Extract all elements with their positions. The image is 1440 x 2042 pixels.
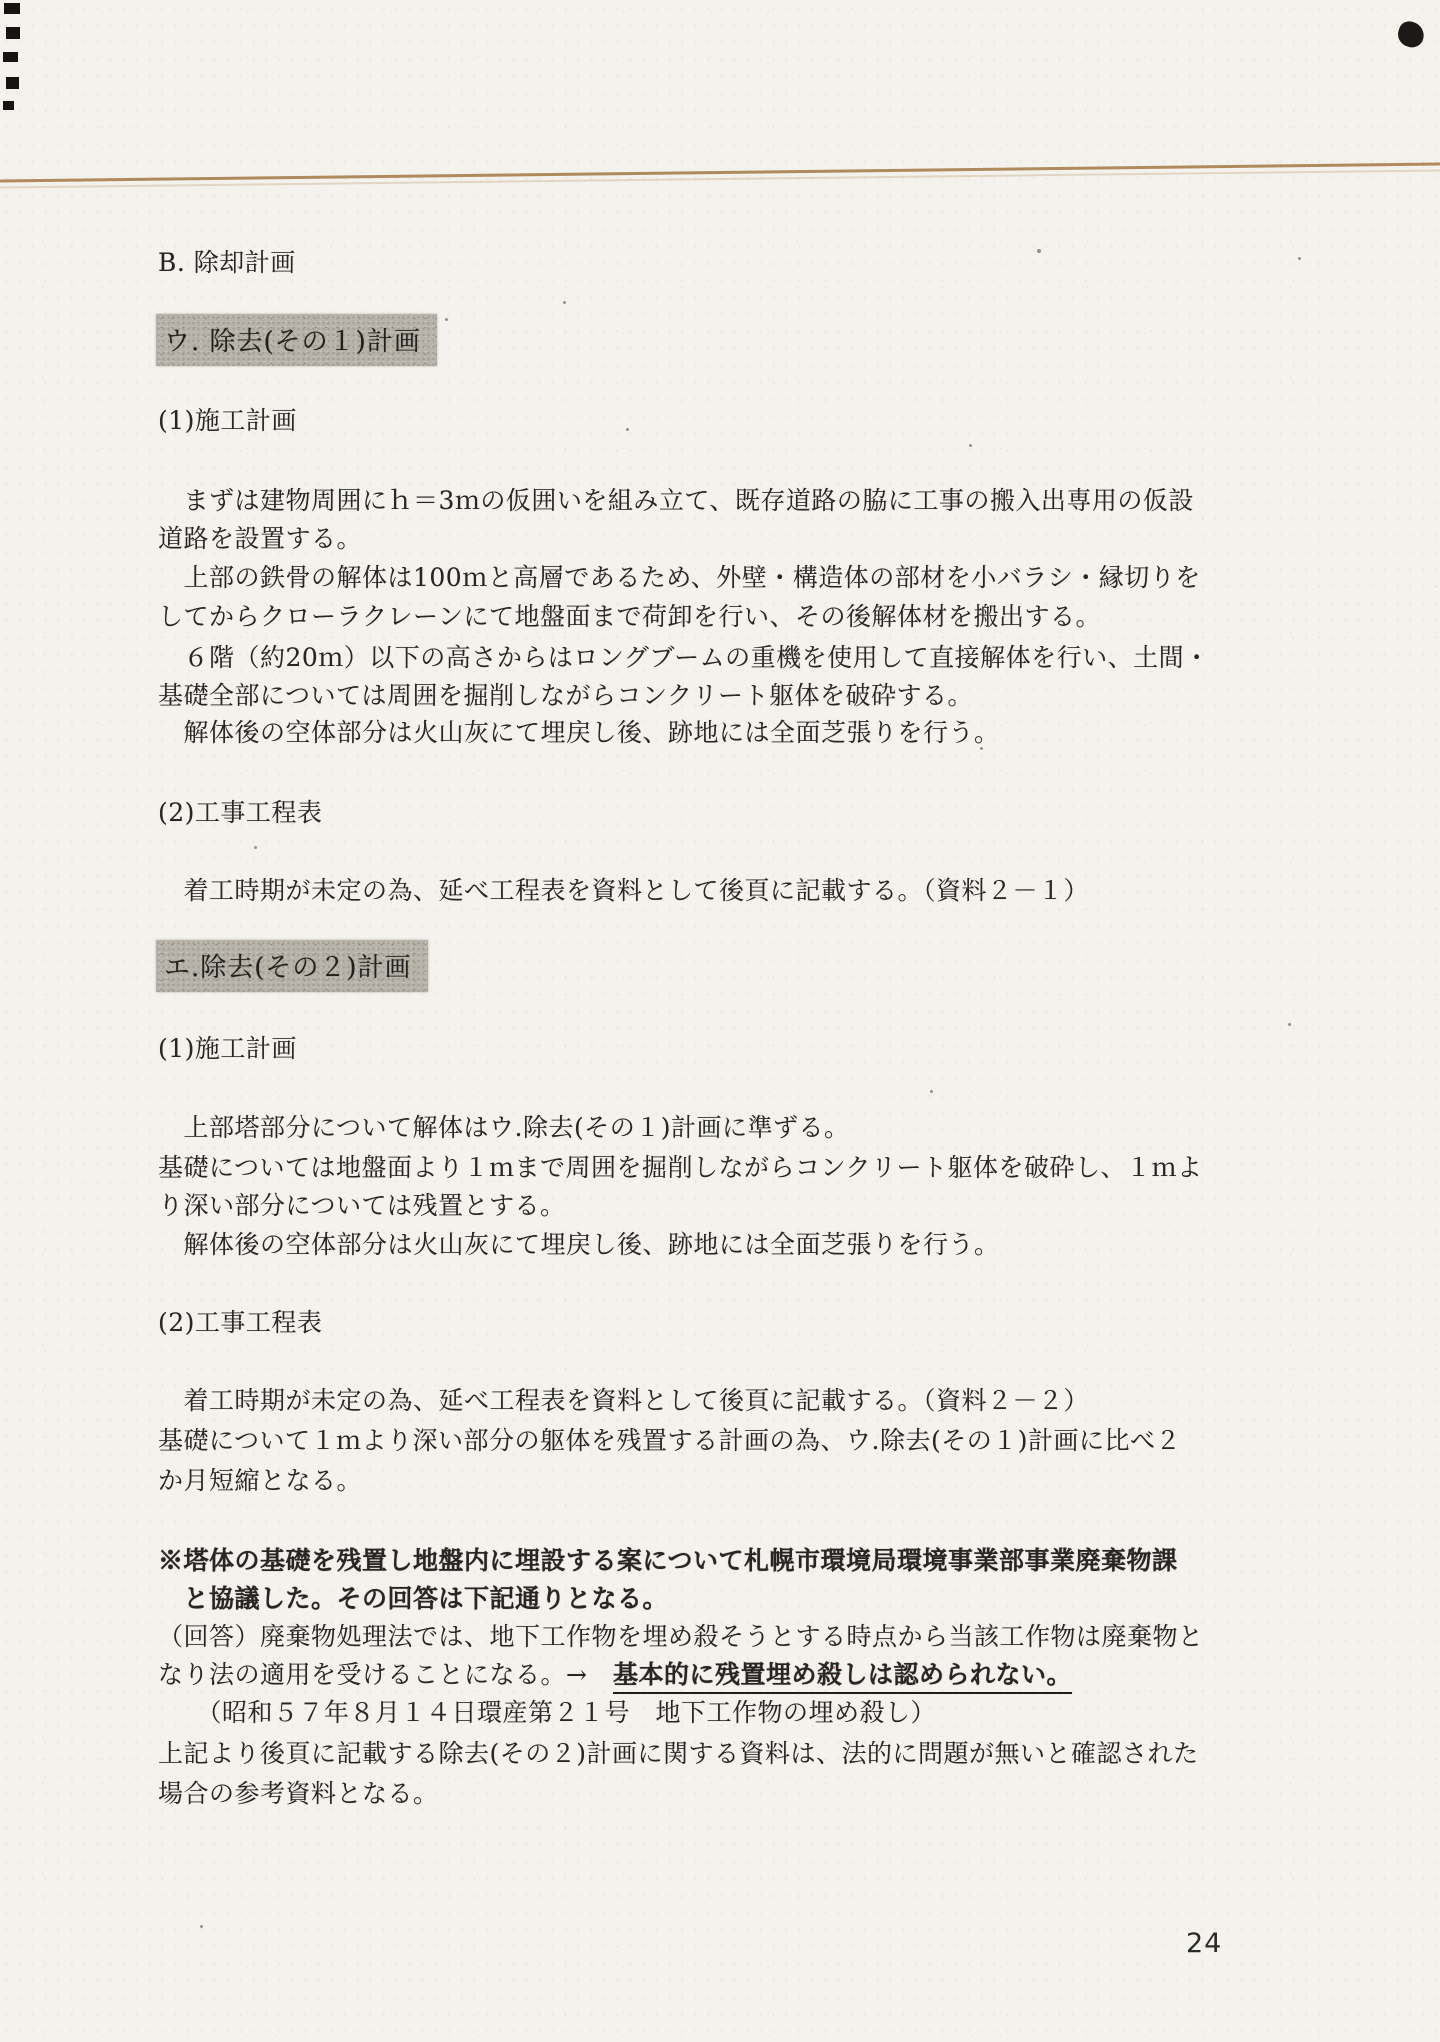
note-line3: （回答）廃棄物処理法では、地下工作物を埋め殺そうとする時点から当該工作物は廃棄物… — [158, 1620, 1204, 1654]
section1-paragraph5-line1: 着工時期が未定の為、延べ工程表を資料として後頁に記載する。（資料２－１） — [158, 874, 1089, 908]
speckle — [1288, 1023, 1291, 1026]
speckle — [563, 301, 566, 304]
note-line7: 場合の参考資料となる。 — [158, 1777, 439, 1811]
section2-paragraph3-line3: か月短縮となる。 — [158, 1464, 362, 1498]
note-line4: なり法の適用を受けることになる。→ 基本的に残置埋め殺しは認められない。 — [158, 1658, 1072, 1692]
section1-paragraph2-line2: してからクローラクレーンにて地盤面まで荷卸を行い、その後解体材を搬出する。 — [158, 600, 1101, 634]
scan-artifact-mark — [3, 52, 18, 62]
note-line4-underlined-statement: 基本的に残置埋め殺しは認められない。 — [613, 1660, 1072, 1694]
scanned-document-page: B. 除却計画 ウ. 除去(その１)計画 (1)施工計画 まずは建物周囲にｈ＝3… — [0, 0, 1440, 2042]
section1-sub1-label: (1)施工計画 — [158, 404, 297, 438]
speckle — [200, 1925, 203, 1928]
section2-heading-highlight: エ.除去(その２)計画 — [156, 940, 428, 992]
section1-paragraph4-line1: 解体後の空体部分は火山灰にて埋戻し後、跡地には全面芝張りを行う。 — [158, 716, 1000, 750]
scan-artifact-blob — [1395, 19, 1427, 51]
section2-paragraph1-line3: り深い部分については残置とする。 — [158, 1189, 566, 1223]
section2-paragraph3-line2: 基礎について１ｍより深い部分の躯体を残置する計画の為、ウ.除去(その１)計画に比… — [158, 1424, 1181, 1458]
section1-paragraph1-line1: まずは建物周囲にｈ＝3ｍの仮囲いを組み立て、既存道路の脇に工事の搬入出専用の仮設 — [158, 484, 1194, 518]
speckle — [930, 1090, 933, 1093]
note-line4-prefix: なり法の適用を受けることになる。→ — [158, 1660, 613, 1689]
section1-paragraph2-line1: 上部の鉄骨の解体は100ｍと高層であるため、外壁・構造体の部材を小バラシ・縁切り… — [158, 561, 1201, 595]
note-line6: 上記より後頁に記載する除去(その２)計画に関する資料は、法的に問題が無いと確認さ… — [158, 1737, 1199, 1771]
note-line5: （昭和５７年８月１４日環産第２１号 地下工作物の埋め殺し） — [158, 1696, 936, 1730]
section2-paragraph1-line1: 上部塔部分について解体はウ.除去(その１)計画に準ずる。 — [158, 1111, 849, 1145]
section2-paragraph2-line1: 解体後の空体部分は火山灰にて埋戻し後、跡地には全面芝張りを行う。 — [158, 1228, 1000, 1262]
note-line2: と協議した。その回答は下記通りとなる。 — [158, 1582, 668, 1616]
scan-artifact-mark — [6, 77, 19, 89]
page-number: 24 — [1186, 1928, 1222, 1959]
section1-paragraph3-line2: 基礎全部については周囲を掘削しながらコンクリート躯体を破砕する。 — [158, 679, 973, 713]
scan-artifact-mark — [6, 27, 20, 39]
speckle — [626, 428, 629, 431]
scan-artifact-mark — [3, 101, 14, 110]
section1-heading-highlight: ウ. 除去(その１)計画 — [156, 314, 437, 366]
speckle — [254, 846, 257, 849]
scan-artifact-mark — [4, 3, 20, 14]
speckle — [1298, 257, 1301, 260]
section1-paragraph1-line2: 道路を設置する。 — [158, 522, 362, 556]
speckle — [445, 318, 448, 321]
section2-sub1-label: (1)施工計画 — [158, 1032, 297, 1066]
speckle — [1037, 249, 1041, 253]
section2-sub2-label: (2)工事工程表 — [158, 1306, 322, 1340]
section1-sub2-label: (2)工事工程表 — [158, 796, 322, 830]
doc-title: B. 除却計画 — [158, 246, 296, 280]
speckle — [969, 444, 972, 447]
section1-paragraph3-line1: ６階（約20ｍ）以下の高さからはロングブームの重機を使用して直接解体を行い、土間… — [158, 641, 1210, 675]
note-line1: ※塔体の基礎を残置し地盤内に埋設する案について札幌市環境局環境事業部事業廃棄物課 — [158, 1544, 1178, 1578]
section2-paragraph3-line1: 着工時期が未定の為、延べ工程表を資料として後頁に記載する。（資料２－２） — [158, 1384, 1089, 1418]
section2-paragraph1-line2: 基礎については地盤面より１ｍまで周囲を掘削しながらコンクリート躯体を破砕し、１ｍ… — [158, 1151, 1203, 1185]
